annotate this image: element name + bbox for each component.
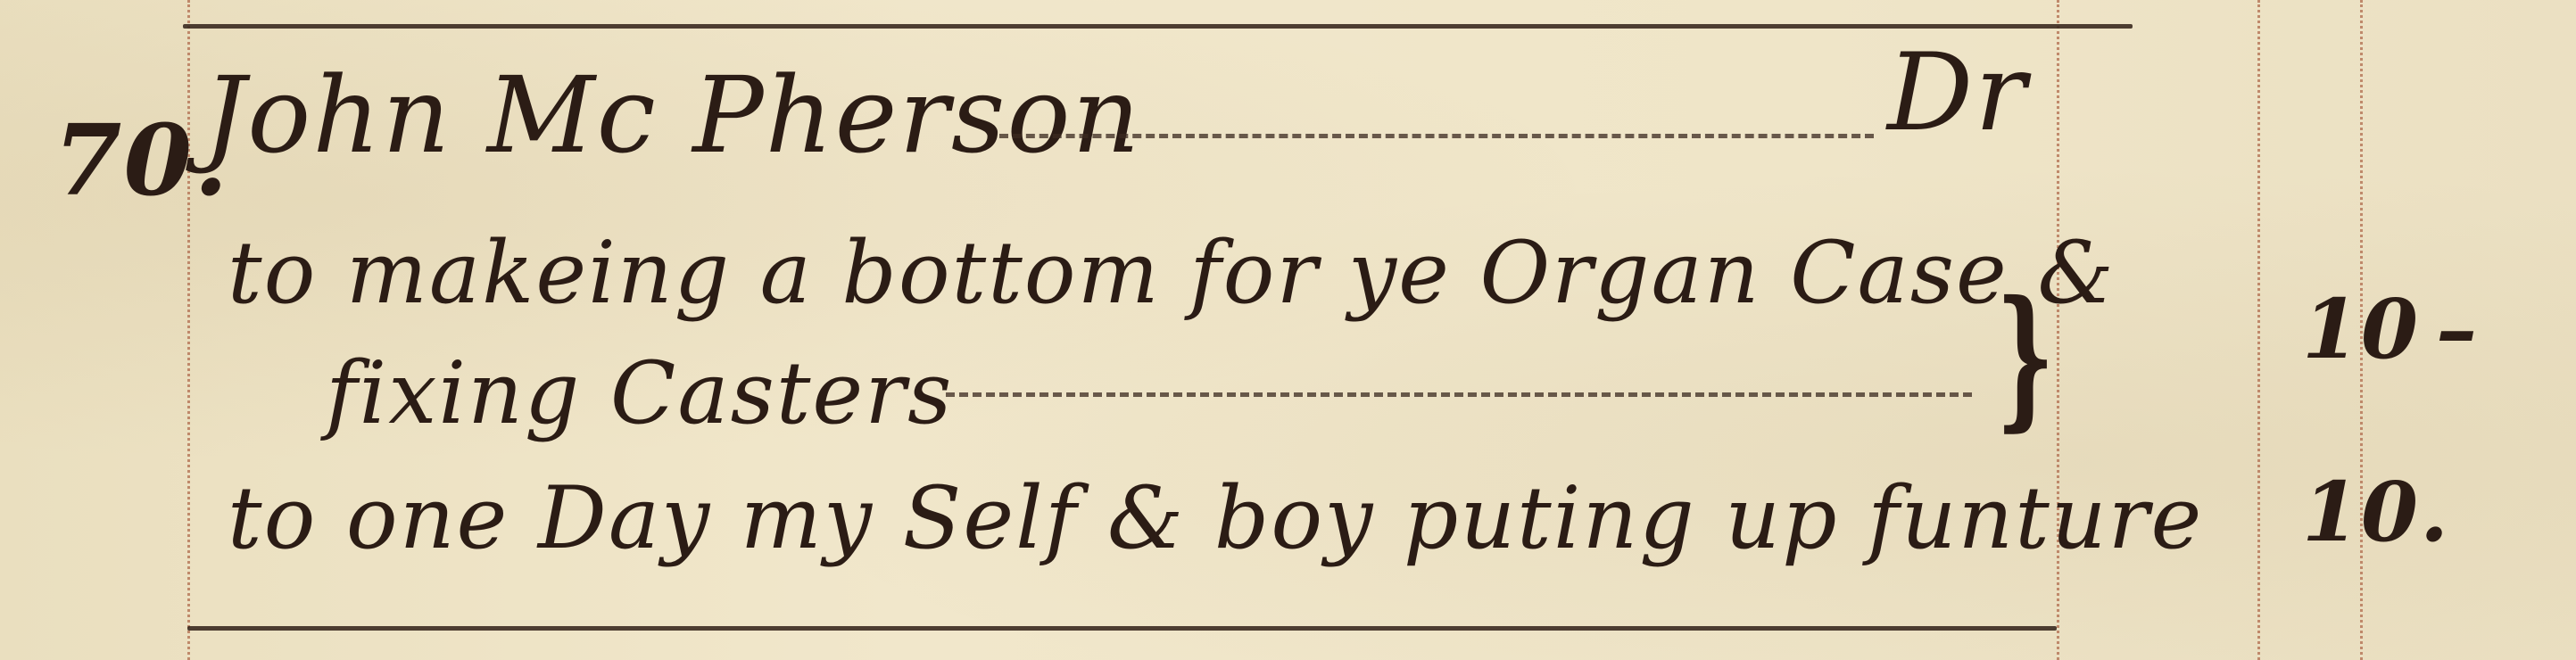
item-1-description-line-1: to makeing a bottom for ye Organ Case & — [228, 223, 2116, 323]
top-entry-rule — [183, 24, 2133, 29]
left-margin-rule — [187, 0, 190, 660]
item-1-leader-dots — [946, 392, 1972, 397]
debtor-label: Dr — [1887, 31, 2028, 155]
item-2-shillings: 10. — [2302, 464, 2450, 560]
bottom-entry-rule — [187, 626, 2057, 631]
item-2-description: to one Day my Self & boy puting up funtu… — [228, 468, 2203, 568]
shillings-column-rule — [2257, 0, 2260, 660]
item-1-description-line-2: fixing Casters — [326, 343, 953, 443]
item-1-pence: – — [2436, 281, 2479, 377]
item-1-shillings: 10 — [2302, 281, 2420, 377]
account-name: John Mc Pherson — [203, 54, 1142, 177]
item-1-brace: } — [1996, 268, 2055, 446]
name-leader-dots — [999, 134, 1874, 138]
